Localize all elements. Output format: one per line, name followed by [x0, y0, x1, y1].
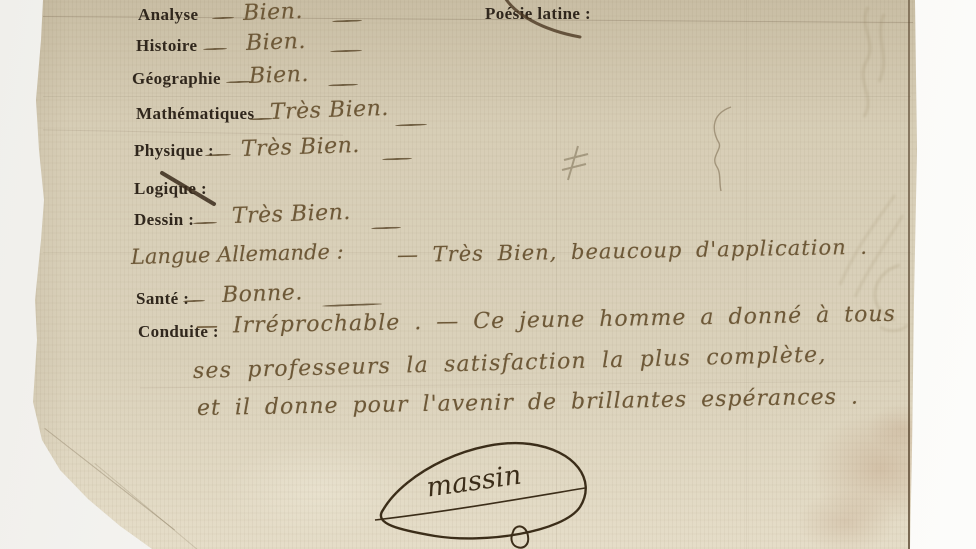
- ink-strike-logique: [152, 168, 227, 213]
- ghost-writing: [838, 2, 908, 142]
- grade-dessin: Très Bien.: [232, 200, 352, 229]
- grade-langue-allemande: — Très Bien, beaucoup d'application .: [397, 235, 868, 267]
- photo-background: Analyse Bien. Poésie latine : Histoire B…: [0, 0, 976, 549]
- crease-line: [43, 96, 911, 97]
- dash-stroke: [332, 19, 362, 22]
- dash-stroke: [193, 222, 217, 225]
- subject-label-physique: Physique :: [134, 141, 214, 161]
- pencil-marks: [558, 140, 598, 190]
- subject-label-dessin: Dessin :: [134, 210, 194, 230]
- report-paper: Analyse Bien. Poésie latine : Histoire B…: [0, 0, 976, 549]
- subject-label-geographie: Géographie: [132, 69, 221, 89]
- subject-label-mathematiques: Mathématiques: [136, 104, 255, 124]
- ghost-writing: [850, 255, 920, 345]
- conduite-remark-line2: ses professeurs la satisfaction la plus …: [193, 342, 827, 384]
- subject-label-histoire: Histoire: [136, 36, 197, 56]
- grade-mathematiques: Très Bien.: [270, 96, 390, 125]
- conduite-remark-line3: et il donne pour l'avenir de brillantes …: [197, 384, 859, 421]
- subject-label-analyse: Analyse: [138, 5, 198, 25]
- dash-stroke: [382, 157, 412, 160]
- ink-strike-poesie: [492, 0, 592, 45]
- grade-analyse: Bien.: [243, 0, 304, 26]
- dash-stroke: [205, 154, 231, 157]
- dash-stroke: [203, 48, 227, 51]
- grade-histoire: Bien.: [246, 29, 307, 56]
- grade-geographie: Bien.: [249, 62, 310, 89]
- dash-stroke: [322, 303, 382, 307]
- conduite-remark-line1: — Irréprochable . — Ce jeune homme a don…: [196, 302, 896, 339]
- crease-line: [44, 428, 175, 530]
- signature-name: massin: [425, 460, 524, 504]
- grade-physique: Très Bien.: [241, 133, 361, 162]
- dash-stroke: [183, 300, 205, 303]
- crease-line: [746, 0, 747, 549]
- dash-stroke: [212, 17, 234, 20]
- dash-stroke: [395, 123, 427, 126]
- signature-flourish: massin: [365, 432, 600, 549]
- grade-sante: Bonne.: [222, 280, 304, 308]
- dash-stroke: [330, 49, 362, 52]
- crease-line: [94, 463, 198, 549]
- brace-mark: [695, 105, 745, 195]
- subject-label-langue-allemande: Langue Allemande :: [131, 239, 344, 269]
- dash-stroke: [226, 81, 252, 84]
- dash-stroke: [328, 83, 358, 86]
- dash-stroke: [371, 226, 401, 229]
- subject-label-sante: Santé :: [136, 289, 189, 309]
